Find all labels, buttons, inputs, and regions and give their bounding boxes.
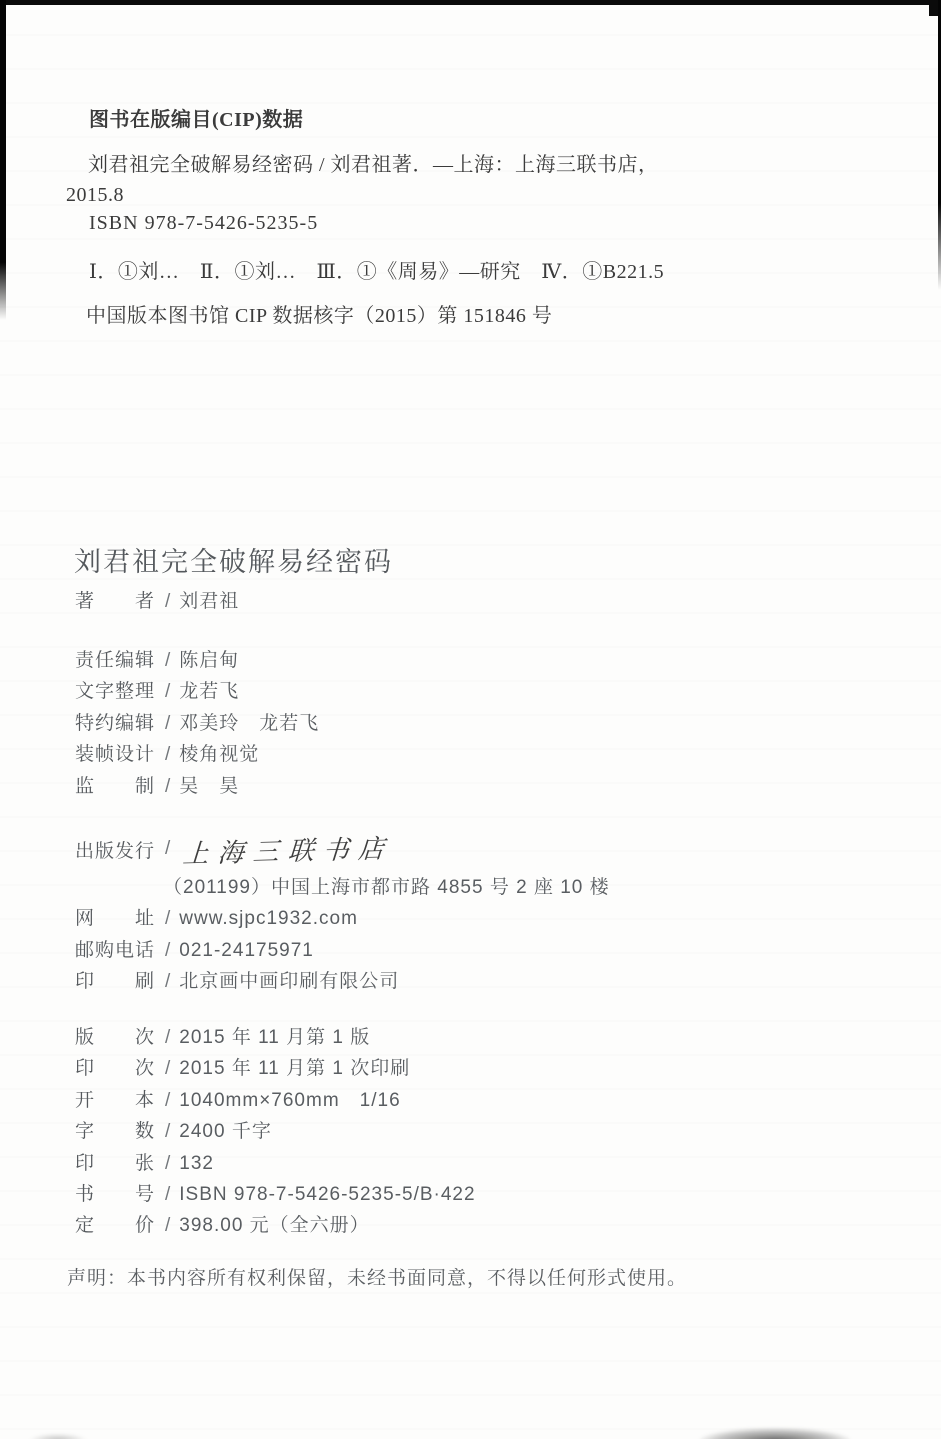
cip-isbn: ISBN 978-7-5426-5235-5 bbox=[89, 212, 318, 235]
word-count-value: 2400 千字 bbox=[179, 1116, 272, 1143]
credit-value: 吴 昊 bbox=[179, 771, 239, 798]
slash-separator: / bbox=[165, 681, 170, 703]
slash-separator: / bbox=[165, 744, 170, 766]
format-label: 开 本 bbox=[75, 1085, 163, 1112]
credit-row-editor: 责任编辑 / 陈启甸 bbox=[75, 645, 319, 676]
price-row: 定 价 / 398.00 元（全六册） bbox=[75, 1210, 476, 1241]
edition-value: 2015 年 11 月第 1 版 bbox=[179, 1022, 370, 1049]
publisher-label: 出版发行 bbox=[75, 836, 163, 863]
scanned-copyright-page: 图书在版编目(CIP)数据 刘君祖完全破解易经密码 / 刘君祖著．—上海：上海三… bbox=[0, 0, 941, 1439]
credits-block: 责任编辑 / 陈启甸 文字整理 / 龙若飞 特约编辑 / 邓美玲 龙若飞 装帧设… bbox=[75, 645, 319, 802]
slash-separator: / bbox=[165, 1184, 170, 1206]
format-value: 1040mm×760mm 1/16 bbox=[179, 1085, 400, 1112]
slash-separator: / bbox=[165, 908, 170, 930]
book-number-row: 书 号 / ISBN 978-7-5426-5235-5/B·422 bbox=[75, 1179, 476, 1210]
publisher-address: （201199）中国上海市都市路 4855 号 2 座 10 楼 bbox=[75, 872, 610, 903]
printer-value: 北京画中画印刷有限公司 bbox=[179, 966, 399, 993]
slash-separator: / bbox=[165, 713, 170, 735]
scan-edge-top bbox=[0, 0, 941, 5]
phone-value: 021-24175971 bbox=[179, 940, 314, 962]
price-label: 定 价 bbox=[75, 1210, 163, 1237]
slash-separator: / bbox=[165, 1058, 170, 1080]
publisher-row: 出版发行 / 上海三联书店 bbox=[75, 826, 610, 872]
publisher-name-calligraphy: 上海三联书店 bbox=[182, 828, 395, 870]
sheets-row: 印 张 / 132 bbox=[75, 1148, 476, 1179]
credit-value: 刘君祖 bbox=[179, 586, 239, 613]
credit-value: 陈启甸 bbox=[179, 645, 239, 672]
sheets-value: 132 bbox=[179, 1153, 214, 1175]
credit-label: 著 者 bbox=[75, 586, 163, 613]
slash-separator: / bbox=[165, 940, 170, 962]
edition-row: 版 次 / 2015 年 11 月第 1 版 bbox=[75, 1022, 476, 1053]
format-row: 开 本 / 1040mm×760mm 1/16 bbox=[75, 1085, 476, 1116]
credit-row-text-editor: 文字整理 / 龙若飞 bbox=[75, 676, 319, 707]
credit-label: 特约编辑 bbox=[75, 708, 163, 735]
printer-label: 印 刷 bbox=[75, 966, 163, 993]
slash-separator: / bbox=[165, 971, 170, 993]
credit-row-special-editor: 特约编辑 / 邓美玲 龙若飞 bbox=[75, 708, 319, 739]
credit-row-supervisor: 监 制 / 吴 昊 bbox=[75, 771, 319, 802]
scan-smudge-bottom-right bbox=[700, 1428, 850, 1439]
slash-separator: / bbox=[165, 1153, 170, 1175]
credit-value: 棱角视觉 bbox=[179, 739, 259, 766]
slash-separator: / bbox=[165, 1027, 170, 1049]
website-value: www.sjpc1932.com bbox=[179, 908, 358, 930]
printing-value: 2015 年 11 月第 1 次印刷 bbox=[179, 1053, 410, 1080]
cip-registry-number: 中国版本图书馆 CIP 数据核字（2015）第 151846 号 bbox=[86, 299, 552, 328]
credit-label: 责任编辑 bbox=[75, 645, 163, 672]
credit-label: 监 制 bbox=[75, 771, 163, 798]
printer-row: 印 刷 / 北京画中画印刷有限公司 bbox=[75, 966, 610, 997]
credit-label: 文字整理 bbox=[75, 676, 163, 703]
slash-separator: / bbox=[165, 1215, 170, 1237]
rights-statement: 声明：本书内容所有权利保留，未经书面同意，不得以任何形式使用。 bbox=[67, 1263, 687, 1290]
slash-separator: / bbox=[165, 591, 170, 613]
price-value: 398.00 元（全六册） bbox=[179, 1210, 369, 1237]
word-count-row: 字 数 / 2400 千字 bbox=[75, 1116, 476, 1147]
slash-separator: / bbox=[165, 1090, 170, 1112]
cip-heading: 图书在版编目(CIP)数据 bbox=[89, 103, 303, 132]
credit-value: 龙若飞 bbox=[179, 676, 239, 703]
book-number-value: ISBN 978-7-5426-5235-5/B·422 bbox=[179, 1184, 475, 1206]
publisher-website-row: 网 址 / www.sjpc1932.com bbox=[75, 903, 610, 934]
cip-entry-line1: 刘君祖完全破解易经密码 / 刘君祖著．—上海：上海三联书店， bbox=[88, 148, 659, 177]
credit-label: 装帧设计 bbox=[75, 739, 163, 766]
website-label: 网 址 bbox=[75, 903, 163, 930]
scan-edge-left bbox=[0, 0, 6, 320]
credit-row-author: 著 者 / 刘君祖 bbox=[75, 586, 239, 617]
phone-label: 邮购电话 bbox=[75, 935, 163, 962]
slash-separator: / bbox=[165, 776, 170, 798]
printing-label: 印 次 bbox=[75, 1053, 163, 1080]
publisher-block: 出版发行 / 上海三联书店 （201199）中国上海市都市路 4855 号 2 … bbox=[75, 826, 610, 998]
cip-classification: Ⅰ．①刘… Ⅱ．①刘… Ⅲ．①《周易》—研究 Ⅳ．①B221.5 bbox=[89, 255, 664, 284]
book-title: 刘君祖完全破解易经密码 bbox=[74, 540, 393, 579]
slash-separator: / bbox=[165, 838, 170, 860]
sheets-label: 印 张 bbox=[75, 1148, 163, 1175]
credit-row-design: 装帧设计 / 棱角视觉 bbox=[75, 739, 319, 770]
publisher-phone-row: 邮购电话 / 021-24175971 bbox=[75, 935, 610, 966]
word-count-label: 字 数 bbox=[75, 1116, 163, 1143]
edition-label: 版 次 bbox=[75, 1022, 163, 1049]
slash-separator: / bbox=[165, 1121, 170, 1143]
credit-value: 邓美玲 龙若飞 bbox=[179, 708, 319, 735]
edition-block: 版 次 / 2015 年 11 月第 1 版 印 次 / 2015 年 11 月… bbox=[75, 1022, 476, 1242]
scan-smudge-bottom-left bbox=[28, 1433, 88, 1439]
printing-row: 印 次 / 2015 年 11 月第 1 次印刷 bbox=[75, 1053, 476, 1084]
book-number-label: 书 号 bbox=[75, 1179, 163, 1206]
cip-entry-year: 2015.8 bbox=[66, 184, 124, 207]
slash-separator: / bbox=[165, 650, 170, 672]
